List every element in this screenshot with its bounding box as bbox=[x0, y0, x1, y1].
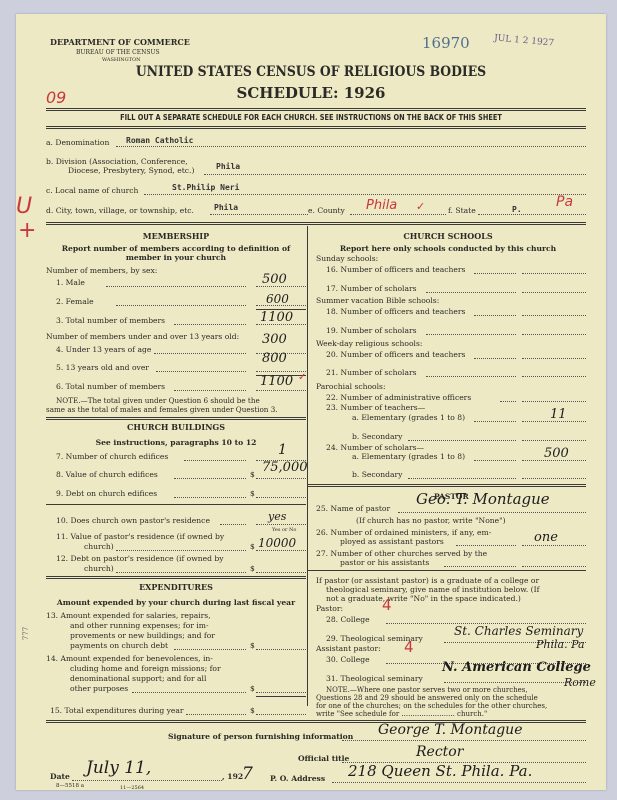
secondary-scholars-field[interactable] bbox=[522, 478, 586, 479]
pastor-name-label: 25. Name of pastor bbox=[316, 504, 390, 513]
elementary-scholars-field[interactable]: 500 bbox=[544, 446, 569, 461]
section-divider bbox=[46, 576, 306, 579]
year-prefix: , 192 bbox=[222, 772, 243, 781]
edifices-value-field[interactable]: 75,000 bbox=[262, 460, 308, 475]
signature-label: Signature of person furnishing informati… bbox=[168, 732, 353, 741]
received-date-stamp: JUL 1 2 1927 bbox=[494, 33, 555, 48]
yes-no-hint: Yes or No bbox=[272, 526, 296, 535]
edifices-debt-label: 9. Debt on church edifices bbox=[56, 489, 157, 498]
section-divider bbox=[46, 222, 586, 225]
margin-mark-u: U bbox=[16, 194, 32, 219]
county-field[interactable]: Phila bbox=[366, 198, 397, 213]
census-schedule-page: DEPARTMENT OF COMMERCE BUREAU OF THE CEN… bbox=[16, 14, 606, 790]
assistant-seminary-label: 31. Theological seminary bbox=[326, 674, 423, 683]
assistant-college-mark: 4 bbox=[404, 638, 414, 656]
membership-note-2: same as the total of males and females g… bbox=[46, 405, 278, 414]
dollar-sign: $ bbox=[250, 542, 255, 551]
instruction-banner: FILL OUT A SEPARATE SCHEDULE FOR EACH CH… bbox=[51, 113, 570, 122]
membership-intro-2: member in your church bbox=[46, 253, 306, 262]
section-divider bbox=[308, 484, 586, 487]
sunday-teachers-label: 16. Number of officers and teachers bbox=[326, 265, 465, 274]
page-title: UNITED STATES CENSUS OF RELIGIOUS BODIES bbox=[40, 64, 583, 80]
county-label: e. County bbox=[308, 206, 345, 215]
department-label: DEPARTMENT OF COMMERCE bbox=[50, 38, 190, 47]
assistant-college-label: 30. College bbox=[326, 655, 370, 664]
graduate-instructions-2: theological seminary, give name of insti… bbox=[326, 585, 539, 594]
assistant-count-label: 26. Number of ordained ministers, if any… bbox=[316, 528, 491, 537]
division-field[interactable]: Phila bbox=[216, 162, 240, 171]
membership-intro: Report number of members according to de… bbox=[46, 244, 306, 253]
sunday-scholars-label: 17. Number of scholars bbox=[326, 284, 417, 293]
secondary-teachers-label: b. Secondary bbox=[352, 432, 402, 441]
edifices-value-label: 8. Value of church edifices bbox=[56, 470, 158, 479]
running-expenses-label-3: provements or new buildings; and for bbox=[70, 631, 215, 640]
running-expenses-field[interactable] bbox=[256, 649, 306, 650]
dollar-sign: $ bbox=[250, 641, 255, 650]
sunday-scholars-field[interactable] bbox=[522, 292, 586, 293]
pastor-name-field[interactable]: Geo. T. Montague bbox=[416, 490, 550, 508]
weekday-scholars-label: 21. Number of scholars bbox=[326, 368, 417, 377]
state-field-typed[interactable]: P. bbox=[512, 205, 522, 214]
dollar-sign: $ bbox=[250, 684, 255, 693]
signature-field[interactable]: George T. Montague bbox=[378, 722, 522, 738]
membership-heading: MEMBERSHIP bbox=[46, 232, 306, 241]
pastor-seminary-location: Phila. Pa bbox=[536, 638, 585, 651]
summer-scholars-label: 19. Number of scholars bbox=[326, 326, 417, 335]
running-expenses-label-4: payments on church debt bbox=[70, 641, 168, 650]
weekday-schools-label: Week-day religious schools: bbox=[316, 339, 422, 348]
po-address-label: P. O. Address bbox=[270, 774, 325, 783]
benevolences-label-4: other purposes bbox=[70, 684, 128, 693]
residence-value-label: 11. Value of pastor's residence (if owne… bbox=[56, 532, 224, 541]
admin-officers-field[interactable] bbox=[522, 401, 586, 402]
division-label-2: Diocese, Presbytery, Synod, etc.) bbox=[68, 166, 194, 175]
year-field[interactable]: 7 bbox=[242, 764, 253, 784]
buildings-subheading: See instructions, paragraphs 10 to 12 bbox=[46, 438, 306, 447]
admin-officers-label: 22. Number of administrative officers bbox=[326, 393, 471, 402]
division-label: b. Division (Association, Conference, bbox=[46, 157, 188, 166]
church-name-label: c. Local name of church bbox=[46, 186, 138, 195]
church-name-field[interactable]: St.Philip Neri bbox=[172, 183, 239, 192]
summer-teachers-field[interactable] bbox=[522, 315, 586, 316]
margin-mark-plus: + bbox=[18, 218, 36, 243]
other-churches-label-2: pastor or his assistants bbox=[340, 558, 429, 567]
under-13-label: 4. Under 13 years of age bbox=[56, 345, 151, 354]
total-members-label: 3. Total number of members bbox=[56, 316, 165, 325]
teachers-label: 23. Number of teachers— bbox=[326, 403, 425, 412]
male-field[interactable]: 500 bbox=[262, 272, 287, 287]
membership-note: NOTE.—The total given under Question 6 s… bbox=[56, 396, 260, 405]
secondary-scholars-label: b. Secondary bbox=[352, 470, 402, 479]
denomination-label: a. Denomination bbox=[46, 138, 109, 147]
owns-residence-field[interactable]: yes bbox=[268, 510, 286, 523]
secondary-teachers-field[interactable] bbox=[522, 440, 586, 441]
weekday-teachers-field[interactable] bbox=[522, 358, 586, 359]
graduate-instructions: If pastor (or assistant pastor) is a gra… bbox=[316, 576, 539, 585]
dollar-sign: $ bbox=[250, 470, 255, 479]
side-margin-mark: 777 bbox=[22, 627, 31, 640]
residence-debt-label-2: church) bbox=[84, 564, 114, 573]
schools-heading: CHURCH SCHOOLS bbox=[308, 232, 588, 241]
assistant-seminary-field[interactable]: N. American College bbox=[442, 660, 591, 675]
elementary-teachers-field[interactable]: 11 bbox=[550, 407, 567, 422]
assistant-seminary-location: Rome bbox=[564, 676, 596, 689]
weekday-scholars-field[interactable] bbox=[522, 376, 586, 377]
female-label: 2. Female bbox=[56, 297, 94, 306]
benevolences-field[interactable] bbox=[256, 692, 306, 693]
over-13-label: 5. 13 years old and over bbox=[56, 363, 149, 372]
running-expenses-label: 13. Amount expended for salaries, repair… bbox=[46, 611, 211, 620]
male-label: 1. Male bbox=[56, 278, 85, 287]
assistant-count-field[interactable]: one bbox=[534, 530, 558, 545]
other-churches-label: 27. Number of other churches served by t… bbox=[316, 549, 487, 558]
dollar-sign: $ bbox=[250, 564, 255, 573]
residence-debt-field[interactable] bbox=[256, 572, 306, 573]
header-rule-bottom bbox=[46, 126, 586, 129]
total-members-field[interactable]: 1100 bbox=[260, 310, 293, 325]
under-13-field[interactable]: 300 bbox=[262, 332, 287, 347]
date-field[interactable]: July 11, bbox=[86, 758, 151, 778]
benevolences-label: 14. Amount expended for benevolences, in… bbox=[46, 654, 213, 663]
city-label: d. City, town, village, or township, etc… bbox=[46, 206, 194, 215]
female-field[interactable]: 600 bbox=[266, 292, 289, 306]
elementary-teachers-label: a. Elementary (grades 1 to 8) bbox=[352, 413, 465, 422]
check-mark-icon: ✓ bbox=[416, 200, 425, 213]
state-label: f. State bbox=[448, 206, 476, 215]
residence-value-field[interactable]: 10000 bbox=[258, 536, 296, 550]
summer-schools-label: Summer vacation Bible schools: bbox=[316, 296, 439, 305]
summer-teachers-label: 18. Number of officers and teachers bbox=[326, 307, 465, 316]
denomination-field[interactable]: Roman Catholic bbox=[126, 136, 193, 145]
by-age-label: Number of members under and over 13 year… bbox=[46, 332, 239, 341]
pastor-seminary-field[interactable]: St. Charles Seminary bbox=[454, 624, 583, 638]
dollar-sign: $ bbox=[250, 706, 255, 715]
residence-debt-label: 12. Debt on pastor's residence (if owned… bbox=[56, 554, 224, 563]
margin-mark-09: 09 bbox=[46, 88, 66, 107]
pastor-note-4: write "See schedule for ................… bbox=[316, 710, 487, 719]
check-mark-icon: ✓ bbox=[298, 372, 306, 383]
form-number: 8—5518 a bbox=[56, 782, 84, 791]
edifices-debt-field[interactable] bbox=[256, 497, 306, 498]
total-expenditures-label: 15. Total expenditures during year bbox=[50, 706, 184, 715]
total-members-age-label: 6. Total number of members bbox=[56, 382, 165, 391]
section-divider bbox=[46, 417, 306, 420]
assistant-pastor-label: Assistant pastor: bbox=[316, 644, 381, 653]
owns-residence-label: 10. Does church own pastor's residence bbox=[56, 516, 210, 525]
edifices-count-field[interactable]: 1 bbox=[278, 442, 287, 458]
po-address-field[interactable]: 218 Queen St. Phila. Pa. bbox=[348, 762, 532, 780]
elementary-scholars-label: a. Elementary (grades 1 to 8) bbox=[352, 452, 465, 461]
running-expenses-label-2: and other running expenses; for im- bbox=[70, 621, 209, 630]
total-members-age-field[interactable]: 1100 bbox=[260, 374, 293, 389]
parochial-schools-label: Parochial schools: bbox=[316, 382, 386, 391]
scholars-label: 24. Number of scholars— bbox=[326, 443, 424, 452]
pastor-name-hint: (If church has no pastor, write "None") bbox=[356, 516, 506, 525]
pastor-college-label: 28. College bbox=[326, 615, 370, 624]
weekday-teachers-label: 20. Number of officers and teachers bbox=[326, 350, 465, 359]
schedule-subtitle: SCHEDULE: 1926 bbox=[16, 84, 606, 102]
benevolences-label-3: denominational support; and for all bbox=[70, 674, 206, 683]
city-field[interactable]: Phila bbox=[214, 203, 238, 212]
by-sex-label: Number of members, by sex: bbox=[46, 266, 157, 275]
official-title-field[interactable]: Rector bbox=[416, 744, 463, 760]
state-field-annotation: Pa bbox=[556, 194, 573, 210]
header-rule-top bbox=[46, 108, 586, 111]
over-13-field[interactable]: 800 bbox=[262, 351, 287, 366]
sunday-schools-label: Sunday schools: bbox=[316, 254, 378, 263]
expenditures-heading: EXPENDITURES bbox=[46, 583, 306, 592]
schools-intro: Report here only schools conducted by th… bbox=[308, 244, 588, 253]
residence-value-label-2: church) bbox=[84, 542, 114, 551]
total-expenditures-field[interactable] bbox=[256, 714, 306, 715]
sunday-teachers-field[interactable] bbox=[522, 273, 586, 274]
assistant-count-label-2: ployed as assistant pastors bbox=[340, 537, 444, 546]
stamp-number: 16970 bbox=[422, 34, 470, 52]
graduate-instructions-3: not a graduate, write "No" in the space … bbox=[326, 594, 521, 603]
date-label: Date bbox=[50, 772, 70, 781]
dollar-sign: $ bbox=[250, 489, 255, 498]
buildings-heading: CHURCH BUILDINGS bbox=[46, 423, 306, 432]
other-churches-field[interactable] bbox=[522, 566, 586, 567]
expenditures-subheading: Amount expended by your church during la… bbox=[46, 598, 306, 607]
pastor-label: Pastor: bbox=[316, 604, 343, 613]
summer-scholars-field[interactable] bbox=[522, 334, 586, 335]
form-code: 11—2564 bbox=[120, 784, 144, 793]
edifices-count-label: 7. Number of church edifices bbox=[56, 452, 168, 461]
pastor-college-mark: 4 bbox=[382, 596, 392, 614]
benevolences-label-2: cluding home and foreign missions; for bbox=[70, 664, 221, 673]
